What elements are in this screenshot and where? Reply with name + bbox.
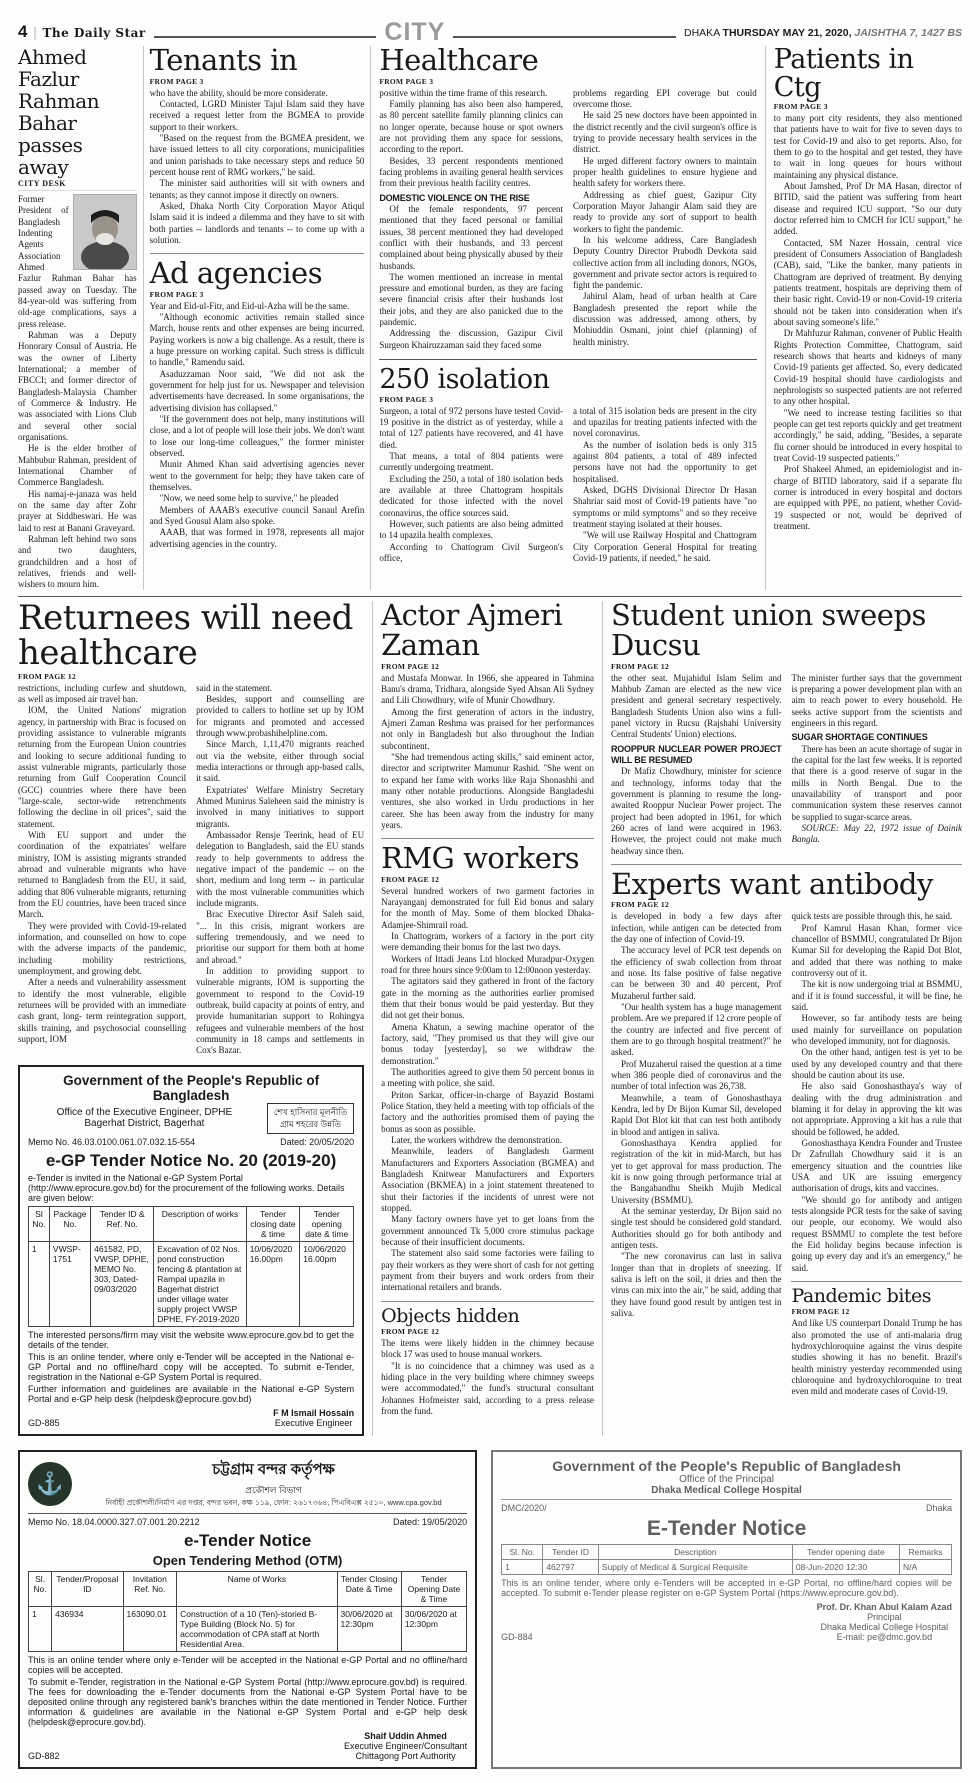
table-header-cell: Name of Works: [177, 1572, 337, 1607]
paragraph: Year and Eid-ul-Fitr, and Eid-ul-Azha wi…: [150, 301, 365, 312]
bagerhat-signature: F M Ismail Hossain Executive Engineer: [273, 1408, 354, 1428]
tender-notice-bagerhat: Government of the People's Republic of B…: [18, 1065, 364, 1437]
article-experts-want-antibody: Experts want antibody FROM PAGE 12 is de…: [611, 870, 962, 1398]
table-header-cell: Package No.: [49, 1207, 90, 1242]
paragraph: His namaj-e-janaza was held on the same …: [18, 489, 137, 534]
table-header-cell: Tender closing date & time: [246, 1207, 300, 1242]
paragraph: In Chattogram, workers of a factory in t…: [381, 931, 594, 954]
paragraph: Many factory owners have yet to get loan…: [381, 1214, 594, 1248]
bagerhat-slogan-box: শেখ হাসিনার মূলনীতি গ্রাম শহরের উন্নতি: [267, 1103, 354, 1135]
paragraph: There has been an acute shortage of suga…: [791, 744, 962, 823]
article-patients-in-ctg: Patients in Ctg FROM PAGE 3 to many port…: [766, 46, 962, 590]
section-name: CITY: [384, 22, 445, 42]
paragraph: They were provided with Covid-19-related…: [18, 921, 186, 978]
paragraph: Jahirul Alam, head of urban health at Ca…: [573, 291, 757, 348]
article-obituary: Ahmed Fazlur Rahman Bahar passes away CI…: [18, 46, 144, 590]
paragraph: Asaduzzaman Noor said, "We did not ask t…: [150, 369, 365, 414]
paragraph: "Although economic activities remain sta…: [150, 312, 365, 369]
date-city: DHAKA: [684, 27, 723, 39]
paragraph: Prof Muzaherul raised the question at a …: [611, 1059, 782, 1093]
table-row: 1462797Supply of Medical & Surgical Requ…: [502, 1560, 952, 1575]
paragraph: Asked, DGHS Divisional Director Dr Hasan…: [573, 485, 757, 530]
paragraph: Munir Ahmed Khan said advertising agenci…: [150, 459, 365, 493]
table-header-cell: Tender/Proposal ID: [52, 1572, 123, 1607]
paragraph: He is the elder brother of Mahbubur Rahm…: [18, 443, 137, 488]
paragraph: Family planning has also been also hampe…: [379, 99, 563, 156]
signature-title-2: Dhaka Medical College Hospital: [817, 1622, 952, 1632]
paragraph: "We should go for antibody and antigen t…: [791, 1195, 962, 1274]
paragraph: to many port city residents, they also m…: [774, 113, 962, 181]
table-cell: 436934: [52, 1607, 123, 1652]
paragraph: Since March, 1,11,470 migrants reached o…: [196, 739, 364, 784]
pandemic-headline: Pandemic bites: [791, 1287, 962, 1306]
paragraph: However, so far antibody tests are being…: [791, 1013, 962, 1047]
article-divider: [381, 1301, 594, 1302]
article-divider: [611, 864, 962, 865]
bagerhat-gd-number: GD-885: [28, 1418, 60, 1428]
isolation-body-col1: Surgeon, a total of 972 persons have tes…: [379, 406, 563, 565]
signature-title-1: Principal: [817, 1612, 952, 1622]
paragraph: Dr Mahfuzur Rahman, convener of Public H…: [774, 328, 962, 407]
paragraph: This is an online tender, where only e-T…: [501, 1578, 952, 1598]
paragraph: IOM, the United Nations' migration agenc…: [18, 705, 186, 830]
paragraph: Gonoshasthaya Kendra Founder and Trustee…: [791, 1138, 962, 1195]
article-returnees: Returnees will need healthcare FROM PAGE…: [18, 601, 364, 1056]
portrait-illustration: [74, 195, 136, 269]
table-cell: VWSP-1751: [49, 1242, 90, 1327]
table-header-cell: Tender ID & Ref. No.: [91, 1207, 154, 1242]
paragraph: Prof Shakeel Ahmed, an epidemiologist an…: [774, 464, 962, 532]
cpa-memo: Memo No. 18.04.0000.327.07.001.20.2212: [28, 1517, 200, 1527]
table-cell: N/A: [899, 1560, 951, 1575]
table-cell: 30/06/2020 at 12:30pm: [337, 1607, 401, 1652]
paragraph: Expatriates' Welfare Ministry Secretary …: [196, 785, 364, 830]
table-cell: Excavation of 02 Nos. pond construction …: [154, 1242, 246, 1327]
bagerhat-district-line: Bagerhat District, Bagerhat: [28, 1118, 261, 1129]
paragraph: According to Chattogram Civil Surgeon's …: [379, 542, 563, 565]
paragraph: He also said Gonoshasthaya's way of deal…: [791, 1081, 962, 1138]
paragraph: Addressing as chief guest, Gazipur City …: [573, 190, 757, 235]
divider: [501, 1499, 952, 1500]
table-cell: Construction of a 10 (Ten)-storied B-Typ…: [177, 1607, 337, 1652]
paragraph: The kit is now undergoing trial at BSMMU…: [791, 979, 962, 1013]
article-actor-ajmeri-zaman: Actor Ajmeri Zaman FROM PAGE 12 and Must…: [381, 601, 594, 831]
paragraph: SOURCE: May 22, 1972 issue of Dainik Ban…: [791, 823, 962, 846]
masthead: 4 | The Daily Star CITY DHAKA THURSDAY M…: [18, 8, 962, 42]
dmch-ref-number: DMC/2020/: [501, 1503, 547, 1513]
experts-right-subcolumn: quick tests are possible through this, h…: [791, 911, 962, 1397]
paragraph: "We will use Railway Hospital and Chatto…: [573, 530, 757, 564]
paper-name: The Daily Star: [42, 26, 145, 40]
actor-headline: Actor Ajmeri Zaman: [381, 601, 594, 660]
chittagong-port-authority-logo: ⚓: [28, 1462, 72, 1506]
signature-title: Executive Engineer: [275, 1418, 353, 1428]
paragraph: That means, a total of 804 patients were…: [379, 451, 563, 474]
article-divider: [791, 1281, 962, 1282]
signature-name: Prof. Dr. Khan Abul Kalam Azad: [817, 1602, 952, 1612]
paragraph: "If the government does not help, many i…: [150, 414, 365, 459]
masthead-rule-left: [154, 36, 377, 38]
bottom-section: ⚓ চট্টগ্রাম বন্দর কর্তৃপক্ষ প্রকৌশল বিভা…: [18, 1442, 962, 1769]
table-header-cell: Description of works: [154, 1207, 246, 1242]
table-row: 1436934163090.01Construction of a 10 (Te…: [29, 1607, 467, 1652]
experts-kicker: FROM PAGE 12: [611, 900, 962, 909]
paragraph: quick tests are possible through this, h…: [791, 911, 962, 922]
paragraph: Among the first generation of actors in …: [381, 707, 594, 752]
bagerhat-tender-table: Sl No.Package No.Tender ID & Ref. No.Des…: [28, 1206, 354, 1327]
signature-name: F M Ismail Hossain: [273, 1408, 354, 1418]
tender-notice-dmch: Government of the People's Republic of B…: [491, 1450, 962, 1769]
obituary-body: Former President of Bangladesh Indenting…: [18, 194, 137, 590]
paragraph: ROOPPUR NUCLEAR POWER PROJECT WILL BE RE…: [611, 744, 782, 767]
table-header-cell: Tender opening date: [792, 1545, 899, 1560]
dmch-tender-table: Sl. No.Tender IDDescriptionTender openin…: [501, 1544, 952, 1575]
paragraph: restrictions, including curfew and shutd…: [18, 683, 186, 706]
returnees-body-col2: said in the statement.Besides, support a…: [196, 683, 364, 1057]
paragraph: And like US counterpart Donald Trump he …: [791, 1318, 962, 1397]
article-pandemic-bites: Pandemic bites FROM PAGE 12 And like US …: [791, 1287, 962, 1398]
healthcare-body-col1: positive within the time frame of this r…: [379, 88, 563, 352]
paragraph: problems regarding EPI coverage but coul…: [573, 88, 757, 111]
paragraph: The items were likely hidden in the chim…: [381, 1338, 594, 1361]
ad-agencies-headline: Ad agencies: [150, 259, 365, 289]
cpa-tender-body: This is an online tender where only e-Te…: [28, 1655, 467, 1727]
experts-body-col2: quick tests are possible through this, h…: [791, 911, 962, 1274]
table-cell: Supply of Medical & Surgical Requisite: [598, 1560, 792, 1575]
paragraph: the other seat. Mujahidul Islam Selim an…: [611, 673, 782, 741]
cpa-signature: Shaif Uddin Ahmed Executive Engineer/Con…: [344, 1731, 467, 1761]
cpa-tender-subtitle: Open Tendering Method (OTM): [28, 1553, 467, 1568]
table-header-cell: Tender Opening Date & Time: [401, 1572, 466, 1607]
paragraph: The accuracy level of PCR test depends o…: [611, 945, 782, 1002]
article-objects-hidden: Objects hidden FROM PAGE 12 The items we…: [381, 1307, 594, 1418]
paragraph: Asked, Dhaka North City Corporation Mayo…: [150, 201, 365, 246]
paragraph: Besides, 33 percent respondents mentione…: [379, 156, 563, 190]
paragraph: "Based on the request from the BGMEA pre…: [150, 133, 365, 178]
rmg-headline: RMG workers: [381, 844, 594, 874]
paragraph: Meanwhile, leaders of Bangladesh Garment…: [381, 1146, 594, 1214]
page-number: 4: [18, 22, 27, 42]
newspaper-page: 4 | The Daily Star CITY DHAKA THURSDAY M…: [0, 0, 980, 1783]
masthead-left: 4 | The Daily Star: [18, 22, 146, 42]
paragraph: Surgeon, a total of 972 persons have tes…: [379, 406, 563, 451]
paragraph: On the other hand, antigen test is yet t…: [791, 1047, 962, 1081]
middle-section: Returnees will need healthcare FROM PAGE…: [18, 596, 962, 1436]
cpa-department-bangla: প্রকৌশল বিভাগ: [80, 1483, 467, 1498]
ad-agencies-kicker: FROM PAGE 3: [150, 290, 365, 299]
isolation-body-col2: a total of 315 isolation beds are presen…: [573, 406, 757, 565]
table-cell: 1: [29, 1607, 52, 1652]
paragraph: a total of 315 isolation beds are presen…: [573, 406, 757, 440]
paragraph: Workers of Ittadi Jeans Ltd blocked Mura…: [381, 954, 594, 977]
paragraph: In addition to providing support to vuln…: [196, 966, 364, 1057]
paragraph: After a needs and vulnerability assessme…: [18, 977, 186, 1045]
bagerhat-office-line: Office of the Executive Engineer, DPHE: [28, 1107, 261, 1118]
paragraph: positive within the time frame of this r…: [379, 88, 563, 99]
bagerhat-govt-line: Government of the People's Republic of B…: [28, 1073, 354, 1103]
article-divider: [379, 359, 756, 360]
table-cell: 10/06/2020 16.00pm: [300, 1242, 354, 1327]
ducsu-kicker: FROM PAGE 12: [611, 662, 962, 671]
paragraph: Further information and guidelines are a…: [28, 1384, 354, 1404]
table-header-cell: Remarks: [899, 1545, 951, 1560]
paragraph: With EU support and under the coordinati…: [18, 830, 186, 921]
paragraph: AAAB, that was formed in 1978, represent…: [150, 527, 365, 550]
table-header-cell: Tender ID: [543, 1545, 599, 1560]
cpa-tender-table: Sl. No.Tender/Proposal IDInvitation Ref.…: [28, 1571, 467, 1652]
paragraph: In his welcome address, Care Bangladesh …: [573, 235, 757, 292]
pandemic-kicker: FROM PAGE 12: [791, 1307, 962, 1316]
table-header-cell: Sl. No.: [29, 1572, 52, 1607]
column-cd: Healthcare FROM PAGE 3 positive within t…: [371, 46, 765, 590]
dmch-office-line: Office of the Principal: [501, 1474, 952, 1485]
patients-ctg-headline: Patients in Ctg: [774, 46, 962, 101]
paragraph: To submit e-Tender, registration in the …: [28, 1677, 467, 1727]
article-rmg-workers: RMG workers FROM PAGE 12 Several hundred…: [381, 844, 594, 1293]
paragraph: Priton Sarkar, officer-in-charge of Baya…: [381, 1090, 594, 1135]
paragraph: Contacted, SM Nazer Hossain, central vic…: [774, 238, 962, 329]
tenants-body: who have the ability, should be more con…: [150, 88, 365, 247]
masthead-date: DHAKA THURSDAY MAY 21, 2020, JAISHTHA 7,…: [684, 27, 962, 39]
rmg-kicker: FROM PAGE 12: [381, 875, 594, 884]
objects-hidden-kicker: FROM PAGE 12: [381, 1327, 594, 1336]
paragraph: "We need to increase testing facilities …: [774, 408, 962, 465]
bagerhat-dated: Dated: 20/05/2020: [280, 1137, 354, 1147]
cpa-address-bangla: নির্বাহী প্রকৌশলী/নির্মাণ এর দপ্তর, বন্দ…: [80, 1498, 467, 1510]
article-250-isolation: 250 isolation FROM PAGE 3 Surgeon, a tot…: [379, 366, 756, 564]
tenants-headline: Tenants in: [150, 46, 365, 76]
paragraph: This is an online tender, where only e-T…: [28, 1352, 354, 1382]
paragraph: "Now, we need some help to survive," he …: [150, 493, 365, 504]
table-cell: 163090.01: [123, 1607, 177, 1652]
paragraph: Brac Executive Director Asif Saleh said,…: [196, 909, 364, 966]
article-ad-agencies: Ad agencies FROM PAGE 3 Year and Eid-ul-…: [150, 259, 365, 550]
dmch-gd-number: GD-884: [501, 1632, 533, 1642]
tender-notice-chittagong-port: ⚓ চট্টগ্রাম বন্দর কর্তৃপক্ষ প্রকৌশল বিভা…: [18, 1450, 477, 1769]
slogan-line-1: শেখ হাসিনার মূলনীতি: [274, 1106, 347, 1119]
obituary-portrait-photo: [73, 194, 137, 270]
article-divider: [150, 253, 365, 254]
ad-agencies-body: Year and Eid-ul-Fitr, and Eid-ul-Azha wi…: [150, 301, 365, 550]
paragraph: The women mentioned an increase in menta…: [379, 272, 563, 329]
paragraph: "Our health system has a huge management…: [611, 1002, 782, 1059]
paragraph: He said 25 new doctors have been appoint…: [573, 110, 757, 155]
paragraph: At the seminar yesterday, Dr Bijon said …: [611, 1206, 782, 1251]
bagerhat-tender-body: The interested persons/firm may visit th…: [28, 1330, 354, 1404]
paragraph: SUGAR SHORTAGE CONTINUES: [791, 732, 962, 743]
healthcare-kicker: FROM PAGE 3: [379, 77, 756, 86]
paragraph: About Jamshed, Prof Dr MA Hasan, directo…: [774, 181, 962, 238]
patients-ctg-kicker: FROM PAGE 3: [774, 102, 962, 111]
paragraph: The minister further says that the gover…: [791, 673, 962, 730]
table-cell: 10/06/2020 16.00pm: [246, 1242, 300, 1327]
table-row: 1VWSP-1751461582, PD, VWSP, DPHE, MEMO N…: [29, 1242, 354, 1327]
signature-email: E-mail: pe@dmc.gov.bd: [837, 1632, 933, 1642]
cpa-title-bangla: চট্টগ্রাম বন্দর কর্তৃপক্ষ: [80, 1458, 467, 1483]
paragraph: Members of AAAB's executive council Sana…: [150, 505, 365, 528]
table-cell: 462797: [543, 1560, 599, 1575]
column-middle: Actor Ajmeri Zaman FROM PAGE 12 and Must…: [373, 601, 603, 1436]
paragraph: The agitators said they gathered in fron…: [381, 976, 594, 1021]
experts-headline: Experts want antibody: [611, 870, 962, 900]
paragraph: Of the female respondents, 97 percent me…: [379, 204, 563, 272]
article-divider: [381, 838, 594, 839]
actor-kicker: FROM PAGE 12: [381, 662, 594, 671]
dmch-place: Dhaka: [926, 1503, 952, 1513]
paragraph: said in the statement.: [196, 683, 364, 694]
actor-body: and Mustafa Monwar. In 1966, she appeare…: [381, 673, 594, 832]
paragraph: Prof Kamrul Hasan Khan, former vice chan…: [791, 923, 962, 980]
dmch-hospital-line: Dhaka Medical College Hospital: [501, 1485, 952, 1496]
paragraph: Later, the workers withdrew the demonstr…: [381, 1135, 594, 1146]
table-header-cell: Tender opening date & time: [300, 1207, 354, 1242]
paragraph: Excluding the 250, a total of 180 isolat…: [379, 474, 563, 519]
article-student-union-ducsu: Student union sweeps Ducsu FROM PAGE 12 …: [611, 601, 962, 856]
paragraph: Besides, support and counselling are pro…: [196, 694, 364, 739]
obituary-headline: Ahmed Fazlur Rahman Bahar passes away: [18, 46, 137, 178]
paragraph: Gonoshasthaya Kendra applied for registr…: [611, 1138, 782, 1206]
isolation-kicker: FROM PAGE 3: [379, 395, 756, 404]
rmg-body: Several hundred workers of two garment f…: [381, 886, 594, 1294]
article-tenants-in: Tenants in FROM PAGE 3 who have the abil…: [150, 46, 365, 246]
table-header-cell: Invitation Ref. No.: [123, 1572, 177, 1607]
table-cell: 08-Jun-2020 12:30: [792, 1560, 899, 1575]
table-header-cell: Sl. No.: [502, 1545, 543, 1560]
masthead-rule-right: [453, 36, 676, 38]
table-cell: 1: [29, 1242, 50, 1327]
paragraph: is developed in body a few days after in…: [611, 911, 782, 945]
signature-title-2: Chittagong Port Authority: [356, 1751, 456, 1761]
paragraph: Ambassador Rensje Teerink, head of EU de…: [196, 830, 364, 909]
bagerhat-tender-title: e-GP Tender Notice No. 20 (2019-20): [28, 1151, 354, 1171]
ducsu-body-col1: the other seat. Mujahidul Islam Selim an…: [611, 673, 782, 857]
paragraph: The interested persons/firm may visit th…: [28, 1330, 354, 1350]
date-bangla-calendar: JAISHTHA 7, 1427 BS: [852, 27, 963, 39]
returnees-body-col1: restrictions, including curfew and shutd…: [18, 683, 186, 1057]
paragraph: The statement also said some factories w…: [381, 1248, 594, 1293]
column-left: Returnees will need healthcare FROM PAGE…: [18, 601, 373, 1436]
obituary-byline: CITY DESK: [18, 179, 137, 191]
dmch-tender-title: E-Tender Notice: [501, 1517, 952, 1541]
cpa-dated: Dated: 19/05/2020: [393, 1517, 467, 1527]
returnees-kicker: FROM PAGE 12: [18, 672, 364, 681]
paragraph: As the number of isolation beds is only …: [573, 440, 757, 485]
pandemic-body: And like US counterpart Donald Trump he …: [791, 1318, 962, 1397]
objects-hidden-headline: Objects hidden: [381, 1307, 594, 1326]
objects-hidden-body: The items were likely hidden in the chim…: [381, 1338, 594, 1417]
healthcare-body-col2: problems regarding EPI coverage but coul…: [573, 88, 757, 352]
paragraph: Meanwhile, a team of Gonoshasthaya Kendr…: [611, 1093, 782, 1138]
paragraph: and Mustafa Monwar. In 1966, she appeare…: [381, 673, 594, 707]
tenants-kicker: FROM PAGE 3: [150, 77, 365, 86]
paragraph: Amena Khatun, a sewing machine operator …: [381, 1022, 594, 1067]
cpa-tender-title: e-Tender Notice: [28, 1531, 467, 1551]
column-right: Student union sweeps Ducsu FROM PAGE 12 …: [603, 601, 962, 1436]
table-header-cell: Sl No.: [29, 1207, 50, 1242]
table-header-cell: Tender Closing Date & Time: [337, 1572, 401, 1607]
table-cell: 30/06/2020 at 12:30pm: [401, 1607, 466, 1652]
masthead-separator: |: [33, 25, 36, 42]
signature-title-1: Executive Engineer/Consultant: [344, 1741, 467, 1751]
column-b: Tenants in FROM PAGE 3 who have the abil…: [144, 46, 372, 590]
dmch-govt-line: Government of the People's Republic of B…: [501, 1458, 952, 1474]
dmch-signature: Prof. Dr. Khan Abul Kalam Azad Principal…: [817, 1602, 952, 1642]
bagerhat-tender-intro: e-Tender is invited in the National e-GP…: [28, 1173, 354, 1203]
paragraph: Dr Mafiz Chowdhury, minister for science…: [611, 766, 782, 857]
bagerhat-memo: Memo No. 46.03.0100.061.07.032.15-554: [28, 1137, 195, 1147]
paragraph: DOMESTIC VIOLENCE ON THE RISE: [379, 193, 563, 204]
table-cell: 1: [502, 1560, 543, 1575]
isolation-headline: 250 isolation: [379, 366, 756, 394]
paragraph: Contacted, LGRD Minister Tajul Islam sai…: [150, 99, 365, 133]
paragraph: He urged different factory owners to mai…: [573, 156, 757, 190]
slogan-line-2: গ্রাম শহরের উন্নতি: [274, 1118, 347, 1131]
top-section: Ahmed Fazlur Rahman Bahar passes away CI…: [18, 46, 962, 590]
paragraph: "It is no coincidence that a chimney was…: [381, 1361, 594, 1418]
article-healthcare: Healthcare FROM PAGE 3 positive within t…: [379, 46, 756, 351]
experts-body-col1: is developed in body a few days after in…: [611, 911, 782, 1397]
date-main: THURSDAY MAY 21, 2020,: [723, 27, 852, 39]
paragraph: who have the ability, should be more con…: [150, 88, 365, 99]
paragraph: This is an online tender where only e-Te…: [28, 1655, 467, 1675]
paragraph: Rahman was a Deputy Honorary Consul of A…: [18, 330, 137, 443]
ducsu-body-col2: The minister further says that the gover…: [791, 673, 962, 857]
paragraph: However, such patients are also being ad…: [379, 519, 563, 542]
healthcare-headline: Healthcare: [379, 46, 756, 76]
paragraph: "The new coronavirus can last in saliva …: [611, 1251, 782, 1319]
dmch-tender-body: This is an online tender, where only e-T…: [501, 1578, 952, 1598]
returnees-headline: Returnees will need healthcare: [18, 601, 364, 670]
cpa-gd-number: GD-882: [28, 1751, 60, 1761]
table-cell: 461582, PD, VWSP, DPHE, MEMO No. 303, Da…: [91, 1242, 154, 1327]
paragraph: The authorities agreed to give them 50 p…: [381, 1067, 594, 1090]
paragraph: The minister said authorities will sit w…: [150, 178, 365, 201]
paragraph: "She had tremendous acting skills," said…: [381, 752, 594, 831]
paragraph: Addressing the discussion, Gazipur Civil…: [379, 328, 563, 351]
paragraph: Several hundred workers of two garment f…: [381, 886, 594, 931]
table-header-cell: Description: [598, 1545, 792, 1560]
paragraph: Rahman left behind two sons and two daug…: [18, 534, 137, 591]
ducsu-headline: Student union sweeps Ducsu: [611, 601, 962, 660]
signature-name: Shaif Uddin Ahmed: [344, 1731, 467, 1741]
patients-ctg-body: to many port city residents, they also m…: [774, 113, 962, 532]
